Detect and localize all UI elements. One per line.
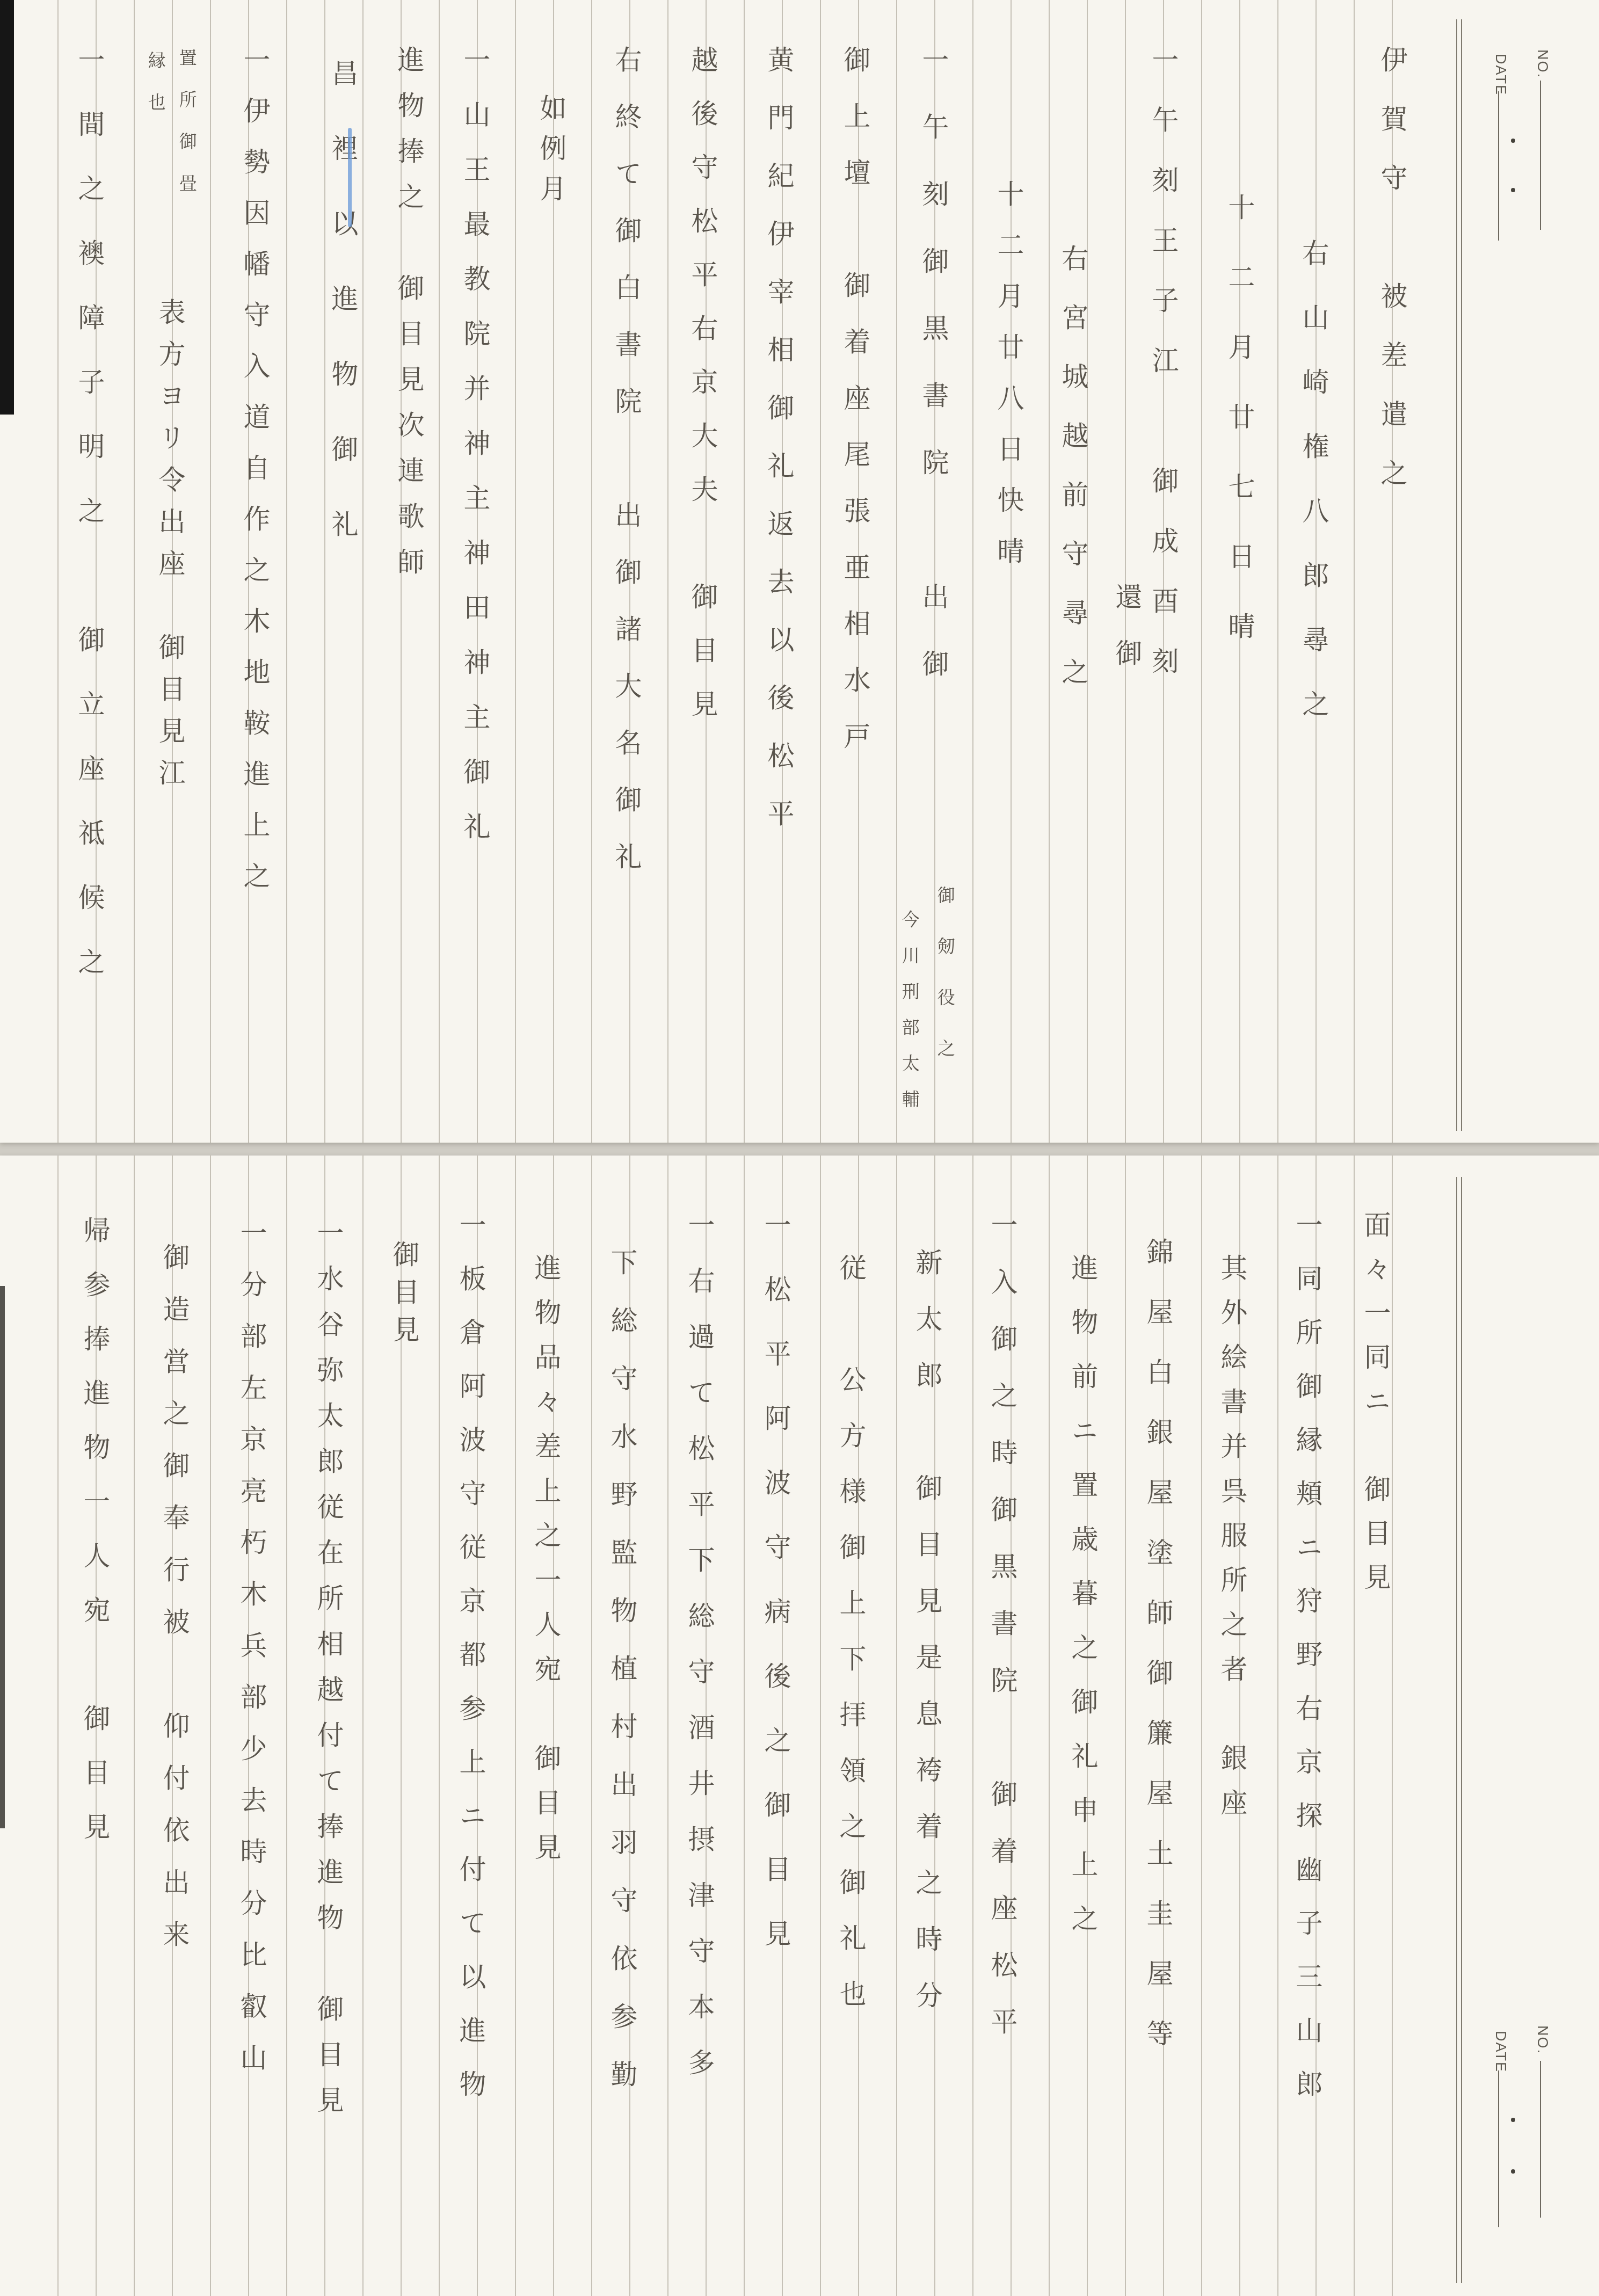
handwritten-column: 其外絵書并呉服所之者 銀座	[1218, 1254, 1246, 1833]
handwritten-column: 進物前ニ置歳暮之御礼申上之	[1069, 1254, 1097, 1959]
handwritten-column: 進物品々差上之一人宛 御目見	[532, 1254, 560, 1878]
handwritten-column: 進物捧之 御目見次連歌師	[395, 46, 423, 593]
handwritten-column: 還御	[1113, 583, 1141, 695]
handwritten-column: 一松平阿波守病後之御目見	[761, 1211, 790, 1984]
handwritten-column: 伊賀守 被差遣之	[1378, 46, 1406, 518]
handwritten-column: 右宮城越前守尋之	[1059, 244, 1087, 717]
handwritten-column: 面々一同ニ 御目見	[1361, 1211, 1390, 1607]
handwritten-column: 十二月廿七日晴	[1225, 193, 1254, 682]
handwritten-column: 一板倉阿波守従京都参上ニ付て以進物	[456, 1211, 485, 2124]
handwritten-column: 一同所御縁頬ニ狩野右京探幽子三山郎	[1293, 1211, 1321, 2124]
handwritten-column: 昌裡以進物御礼	[329, 59, 357, 585]
scan-edge-shadow	[0, 1286, 5, 1828]
no-field-line	[1540, 2061, 1541, 2218]
handwritten-column: 黄門紀伊宰相御礼返去以後松平	[765, 46, 793, 858]
handwritten-column: 御造営之御奉行被 仰付依出来	[160, 1243, 188, 1972]
handwritten-column: 今川刑部太輔	[900, 910, 919, 1126]
handwritten-column: 如例月	[537, 94, 565, 215]
handwritten-column: 表方ヨリ令出座 御目見江	[156, 298, 184, 801]
handwritten-column: 右山崎権八郎尋之	[1299, 239, 1328, 754]
handwritten-column: 御剱役之	[935, 886, 954, 1090]
handwritten-column: 一右過て松平下総守酒井摂津守本多	[685, 1211, 714, 2104]
handwritten-column: 帰参捧進物一人宛 御目見	[81, 1216, 109, 1867]
ruled-lines	[20, 0, 1427, 1143]
handwritten-column: 十二月廿八日快晴	[994, 180, 1023, 588]
handwritten-column: 越後守松平右京大夫 御目見	[688, 46, 717, 744]
handwritten-column: 右終て御白書院 出御諸大名御礼	[612, 46, 641, 899]
scan-edge-shadow	[0, 0, 14, 415]
handwritten-column: 御目見	[390, 1240, 418, 1353]
ruled-lines	[20, 1156, 1427, 2296]
handwritten-column: 置所御畳	[177, 48, 196, 216]
handwritten-column: 一午刻御黒書院 出御	[919, 46, 948, 717]
handwritten-column: 一入御之時御黒書院 御着座松平	[988, 1211, 1016, 2065]
date-field-line	[1498, 91, 1499, 241]
handwritten-column: 御上壇 御着座尾張亜相水戸	[841, 46, 869, 779]
margin-line	[1456, 1177, 1462, 2283]
handwritten-column: 一間之襖障子明之 御立座祗候之	[75, 46, 104, 1012]
date-field-line	[1498, 2070, 1499, 2227]
handwritten-column: 下総守水野監物植村出羽守依参勤	[608, 1248, 636, 2118]
date-separator-dot	[1511, 139, 1515, 143]
handwritten-column: 一水谷弥太郎従在所相越付て捧進物 御目見	[314, 1219, 343, 2132]
blue-ink-mark	[348, 128, 352, 227]
handwritten-column: 一伊勢因幡守入道自作之木地鞍進上之	[241, 46, 269, 913]
date-label: DATE	[1492, 54, 1509, 96]
handwritten-column: 一山王最教院并神主神田神主御礼	[461, 46, 489, 867]
handwritten-column: 縁也	[146, 51, 165, 135]
date-separator-dot	[1511, 2118, 1515, 2122]
no-field-line	[1540, 81, 1541, 230]
margin-line	[1456, 19, 1462, 1131]
date-separator-dot	[1511, 2169, 1515, 2174]
no-label: NO.	[1534, 49, 1551, 78]
handwritten-column: 新太郎 御目見是息袴着之時分	[913, 1248, 941, 2038]
handwritten-column: 錦屋白銀屋塗師御簾屋土圭屋等	[1144, 1238, 1172, 2080]
date-label: DATE	[1492, 2031, 1509, 2073]
handwritten-column: 一分部左京亮朽木兵部少去時分比叡山	[237, 1219, 266, 2095]
date-separator-dot	[1511, 188, 1515, 192]
no-label: NO.	[1534, 2025, 1551, 2054]
handwritten-column: 従 公方様御上下拝領之御礼也	[837, 1254, 865, 2036]
handwritten-column: 一午刻王子江 御成酉刻	[1149, 46, 1178, 707]
